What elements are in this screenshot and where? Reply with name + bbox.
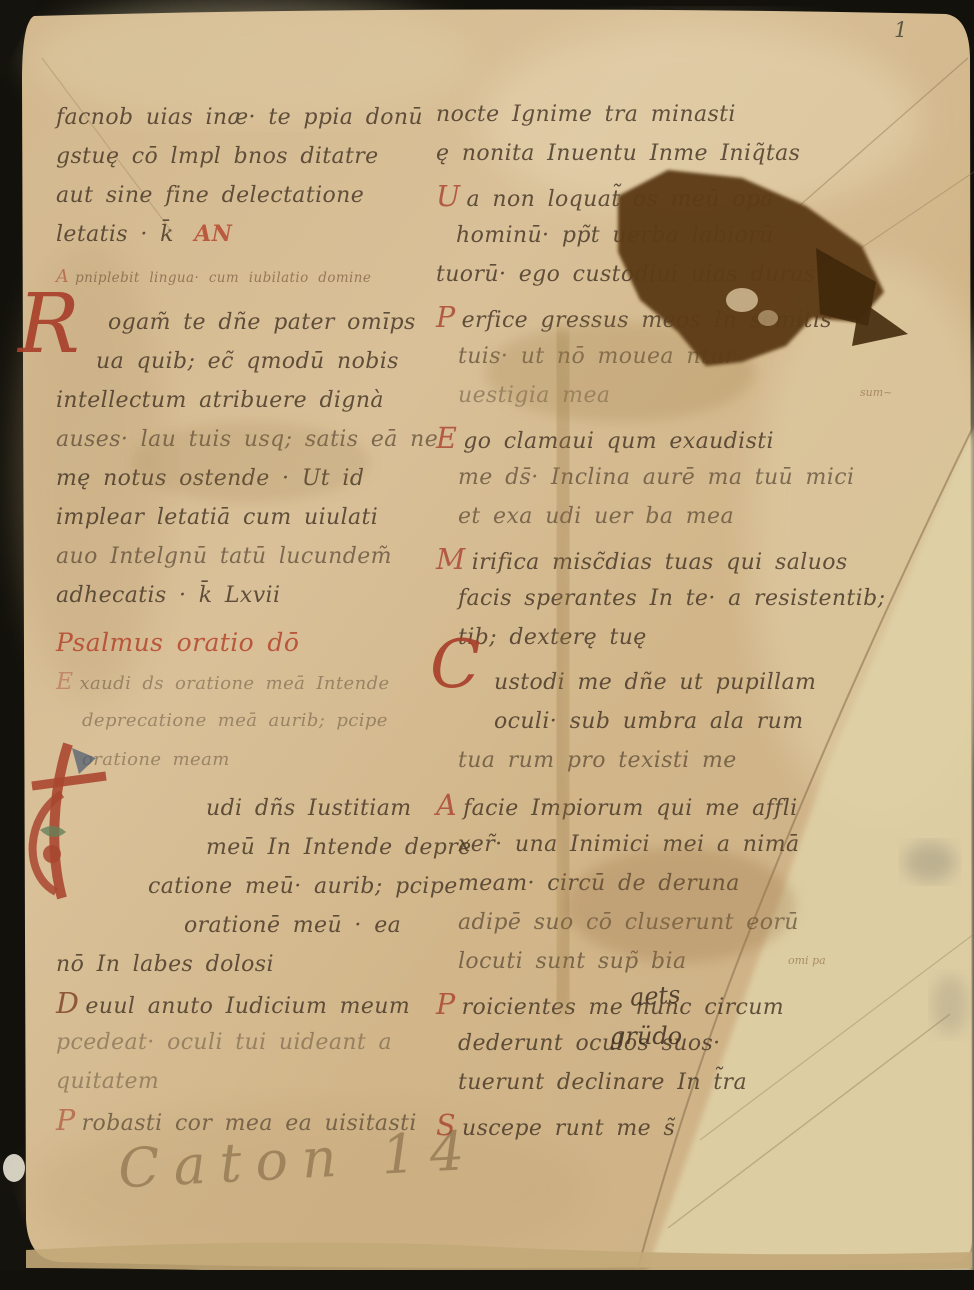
line-text: tuerunt declinare In t̃ra [458,1070,747,1095]
manuscript-line: tib; dexterę tuę [458,618,876,657]
line-text: meū In Intende depre [206,835,472,860]
page-bottom-edge [26,1242,972,1275]
line-text: locuti sunt sup̃ bia [458,949,686,974]
manuscript-line: nō In labes dolosi [56,945,456,984]
line-text: adipē suo cō cluserunt eorū [458,910,799,935]
line-text: uestigia mea [458,383,610,408]
line-text: letatis · k̄ [56,222,186,247]
line-initial: E [56,667,79,695]
manuscript-line: auses· lau tuis usq; satis eā ne [56,420,456,459]
left-text-column: facnob uias inæ· te ppia donūgstuę cō lm… [56,98,456,1140]
blue-ornament [72,748,96,774]
gray-smudge [904,842,956,882]
gray-smudge [932,975,968,1035]
marginal-note: omi pa [788,954,826,967]
line-text: tib; dexterę tuę [458,625,647,650]
manuscript-line: letatis · k̄ AN [56,215,456,254]
interlinear-gloss: aets [629,980,681,1011]
manuscript-line: oculi· sub umbra ala rum [494,702,876,741]
manuscript-line: ustodi me dñe ut pupillam [494,663,876,702]
line-text: auo Intelgnū tatū lucundem̃ [56,544,392,569]
manuscript-line: facnob uias inæ· te ppia donū [56,98,456,137]
line-initial: P [436,300,462,334]
line-text: auses· lau tuis usq; satis eā ne [56,427,438,452]
manuscript-line: tuerunt declinare In t̃ra [458,1063,876,1102]
large-initial-R: R [18,284,80,366]
manuscript-line: Afacie Impiorum qui me affli [436,786,876,825]
manuscript-line: meū In Intende depre [206,828,456,867]
manuscript-line: ua quib; ec̃ qmodū nobis [96,342,456,381]
manuscript-line: xer̃· una Inimici mei a nimā [458,825,876,864]
manuscript-line: Mirifica misc̃dias tuas qui saluos [436,540,876,579]
line-text: nō In labes dolosi [56,952,274,977]
line-text: meam· circū de deruna [458,871,740,896]
edge-chip [3,1154,25,1182]
manuscript-line: mę notus ostende · Ut id [56,459,456,498]
line-text: xer̃· una Inimici mei a nimā [458,832,800,857]
manuscript-line: oratione meam [82,740,456,779]
manuscript-line: implear letatiā cum uiulati [56,498,456,537]
interlinear-gloss: grüdo [610,1022,682,1050]
manuscript-line: Perfice gressus meos In semitis [436,298,876,337]
line-text: xaudi ds oratione meā Intende [79,673,389,694]
line-text: facie Impiorum qui me affli [463,796,798,821]
corner-shadow [0,0,40,80]
manuscript-line: udi dñs Iustitiam [206,789,456,828]
line-text: tuorū· ego custodiui uias duras [436,262,816,287]
marginal-note: sum~ [860,386,892,399]
line-text: gstuę cō lmpl bnos ditatre [56,144,379,169]
line-text: pniplebit lingua· cum iubilatio domine [75,270,371,286]
line-text: catione meū· aurib; pcipe [148,874,458,899]
line-initial: M [436,542,472,576]
line-text: et exa udi uer ba mea [458,504,734,529]
line-text: ę nonita Inuentu Inme Iniq̃tas [436,141,800,166]
line-initial: P [56,1103,82,1137]
line-text: quitatem [56,1069,159,1094]
line-text: ogam̃ te dñe pater omīps [108,310,416,335]
manuscript-line: Deuul anuto Iudicium meum [56,984,456,1023]
manuscript-line: ogam̃ te dñe pater omīps [108,303,456,342]
manuscript-line: meam· circū de deruna [458,864,876,903]
manuscript-line: Exaudi ds oratione meā Intende [56,662,456,701]
corner-shadow [0,1150,32,1290]
manuscript-line: Ego clamaui qum exaudisti [436,419,876,458]
line-text: oculi· sub umbra ala rum [494,709,803,734]
line-initial: D [56,986,85,1020]
line-text: nocte Ignime tra minasti [436,102,736,127]
manuscript-line: tua rum pro texisti me [458,741,876,780]
manuscript-page: 1 facnob uias inæ· te ppia donūgstuę cō … [0,0,974,1290]
line-text: aut sine fine delectatione [56,183,364,208]
manuscript-line: intellectum atribuere dignà [56,381,456,420]
antiphon-mark: AN [186,221,232,247]
bottom-shadow [0,1270,974,1290]
manuscript-line: tuorū· ego custodiui uias duras [436,255,876,294]
manuscript-line: facis sperantes In te· a resistentib; [458,579,876,618]
manuscript-line: pcedeat· oculi tui uideant a [56,1023,456,1062]
line-text: facis sperantes In te· a resistentib; [458,586,885,611]
line-initial: E [436,421,463,455]
line-text: intellectum atribuere dignà [56,388,384,413]
manuscript-line: uestigia mea [458,376,876,415]
line-text: erfice gressus meos In semitis [462,308,832,333]
line-initial: U [436,179,467,213]
line-text: go clamaui qum exaudisti [463,429,774,454]
line-text: ustodi me dñe ut pupillam [494,670,816,695]
line-initial: P [436,987,462,1021]
manuscript-line: gstuę cō lmpl bnos ditatre [56,137,456,176]
line-text: irifica misc̃dias tuas qui saluos [472,550,848,575]
line-text: deprecatione meā aurib; pcipe [82,710,388,731]
folio-number: 1 [894,18,907,42]
line-text: roicientes me nunc circum [462,995,784,1020]
line-text: uscepe runt me s̃ [462,1116,675,1141]
line-text: me ds̄· Inclina aurē ma tuū mici [458,465,854,490]
line-text: euul anuto Iudicium meum [85,994,410,1019]
manuscript-line: Psalmus oratio dō [56,623,456,662]
line-text: mę notus ostende · Ut id [56,466,364,491]
manuscript-line: orationē meū · ea [184,906,456,945]
manuscript-line: adhecatis · k̄ Lxvii [56,576,456,615]
line-initial: A [436,788,463,822]
line-text: a non loquat̃ os meū opa [467,187,774,212]
illuminated-initial-E [12,732,116,910]
manuscript-line: Suscepe runt me s̃ [436,1106,876,1145]
green-ornament [40,826,66,837]
manuscript-line: deprecatione meā aurib; pcipe [82,701,456,740]
manuscript-line: aut sine fine delectatione [56,176,456,215]
manuscript-line: nocte Ignime tra minasti [436,95,876,134]
manuscript-line: adipē suo cō cluserunt eorū [458,903,876,942]
manuscript-line: me ds̄· Inclina aurē ma tuū mici [458,458,876,497]
line-text: hominū· pp̃t uerba labiorū [456,223,774,248]
manuscript-line: Ua non loquat̃ os meū opa [436,177,876,216]
line-text: adhecatis · k̄ Lxvii [56,583,280,608]
line-text: Psalmus oratio dō [56,628,299,657]
line-text: implear letatiā cum uiulati [56,505,378,530]
large-initial-C: C [430,632,481,698]
line-text: ua quib; ec̃ qmodū nobis [96,349,399,374]
manuscript-line: auo Intelgnū tatū lucundem̃ [56,537,456,576]
manuscript-line: Apniplebit lingua· cum iubilatio domine [56,258,456,297]
manuscript-line: catione meū· aurib; pcipe [148,867,456,906]
manuscript-line: tuis· ut nō mouea ntur [458,337,876,376]
line-text: tuis· ut nō mouea ntur [458,344,736,369]
manuscript-line: ę nonita Inuentu Inme Iniq̃tas [436,134,876,173]
line-text: udi dñs Iustitiam [206,796,412,821]
line-text: pcedeat· oculi tui uideant a [56,1030,392,1055]
manuscript-line: hominū· pp̃t uerba labiorū [456,216,876,255]
line-text: tua rum pro texisti me [458,748,737,773]
line-text: facnob uias inæ· te ppia donū [56,105,423,130]
manuscript-line: quitatem [56,1062,456,1101]
line-text: orationē meū · ea [184,913,401,938]
manuscript-line: et exa udi uer ba mea [458,497,876,536]
